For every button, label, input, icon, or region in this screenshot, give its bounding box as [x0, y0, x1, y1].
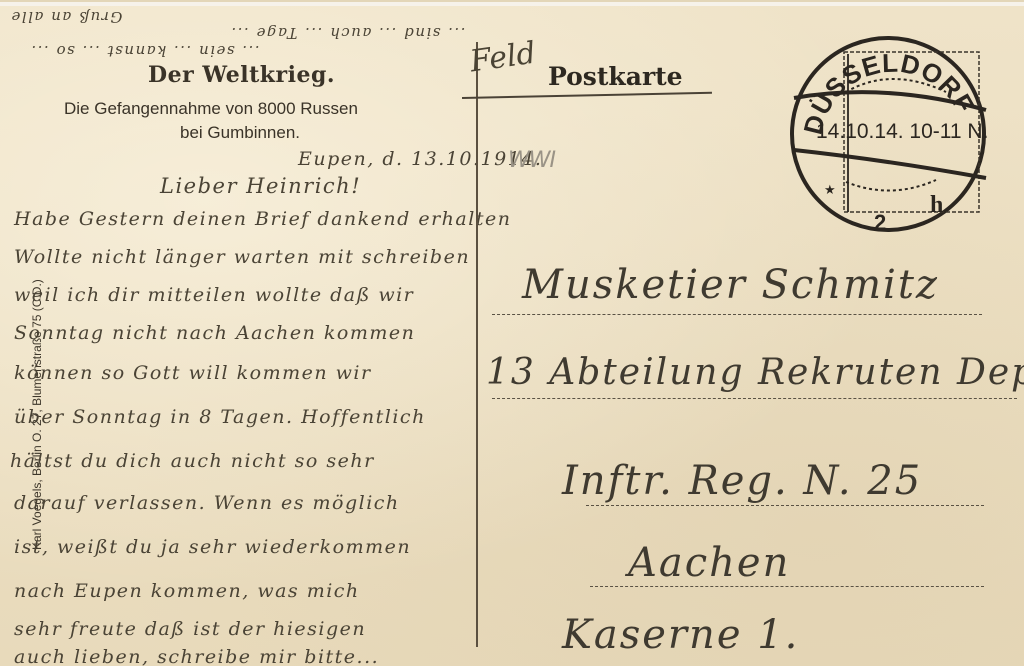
center-divider — [476, 42, 478, 647]
message-line-1: Habe Gestern deinen Brief dankend erhalt… — [14, 208, 511, 230]
address-line-5: Kaserne 1. — [562, 612, 799, 658]
paper-edge — [0, 2, 1024, 6]
address-rule-3 — [586, 505, 984, 506]
message-line-3: weil ich dir mitteilen wollte daß wir — [14, 284, 414, 306]
message-line-9: ist, weißt du ja sehr wiederkommen — [14, 536, 411, 558]
message-line-12: auch lieben, schreibe mir bitte... — [14, 646, 379, 666]
message-line-10: nach Eupen kommen, was mich — [14, 580, 360, 602]
address-line-4: Aachen — [628, 540, 790, 586]
message-line-2: Wollte nicht länger warten mit schreiben — [14, 246, 470, 268]
pencil-note: WWI — [508, 148, 555, 173]
postmark-letter: h — [930, 192, 943, 218]
postmark-stamp: DÜSSELDORF 14.10.14. 10-11 N. ★ 2 h — [786, 32, 996, 242]
postmark-star: ★ — [824, 183, 836, 198]
postcard-back: Gruß an alle ... sind ... auch ... Tage … — [0, 0, 1024, 666]
postkarte-label: Postkarte — [548, 62, 683, 91]
message-line-6: über Sonntag in 8 Tagen. Hoffentlich — [14, 406, 426, 428]
message-place-date: Eupen, d. 13.10.1914. — [298, 148, 542, 170]
address-line-2: 13 Abteilung Rekruten Depot — [486, 352, 1024, 393]
postmark-date: 14.10.14. 10-11 N. — [816, 120, 988, 143]
address-rule-2 — [492, 398, 1017, 399]
address-rule-1 — [492, 314, 982, 315]
message-salutation: Lieber Heinrich! — [160, 174, 361, 198]
address-line-3: Inftr. Reg. N. 25 — [562, 458, 922, 504]
handwritten-feld: Feld — [468, 36, 538, 80]
postkarte-underline — [462, 92, 712, 99]
message-line-8: darauf verlassen. Wenn es möglich — [14, 492, 400, 514]
upside-down-note-2: ... sind ... auch ... Tage ... — [230, 24, 466, 42]
postmark-icon: DÜSSELDORF 14.10.14. 10-11 N. ★ 2 h — [786, 32, 996, 242]
message-line-5: können so Gott will kommen wir — [14, 362, 372, 384]
address-line-1: Musketier Schmitz — [522, 262, 939, 308]
message-line-7: hältst du dich auch nicht so sehr — [10, 450, 375, 472]
message-line-11: sehr freute daß ist der hiesigen — [14, 618, 366, 640]
printed-title: Der Weltkrieg. — [148, 62, 335, 88]
message-line-4: Sonntag nicht nach Aachen kommen — [14, 322, 415, 344]
upside-down-note-3: ... sein ... kannst ... so ... — [30, 42, 260, 60]
printed-subtitle-line2: bei Gumbinnen. — [180, 123, 300, 143]
address-rule-4 — [590, 586, 984, 587]
upside-down-note-1: Gruß an alle — [10, 8, 122, 26]
printed-subtitle-line1: Die Gefangennahme von 8000 Russen — [64, 99, 358, 119]
postmark-office-number: 2 — [874, 210, 886, 235]
